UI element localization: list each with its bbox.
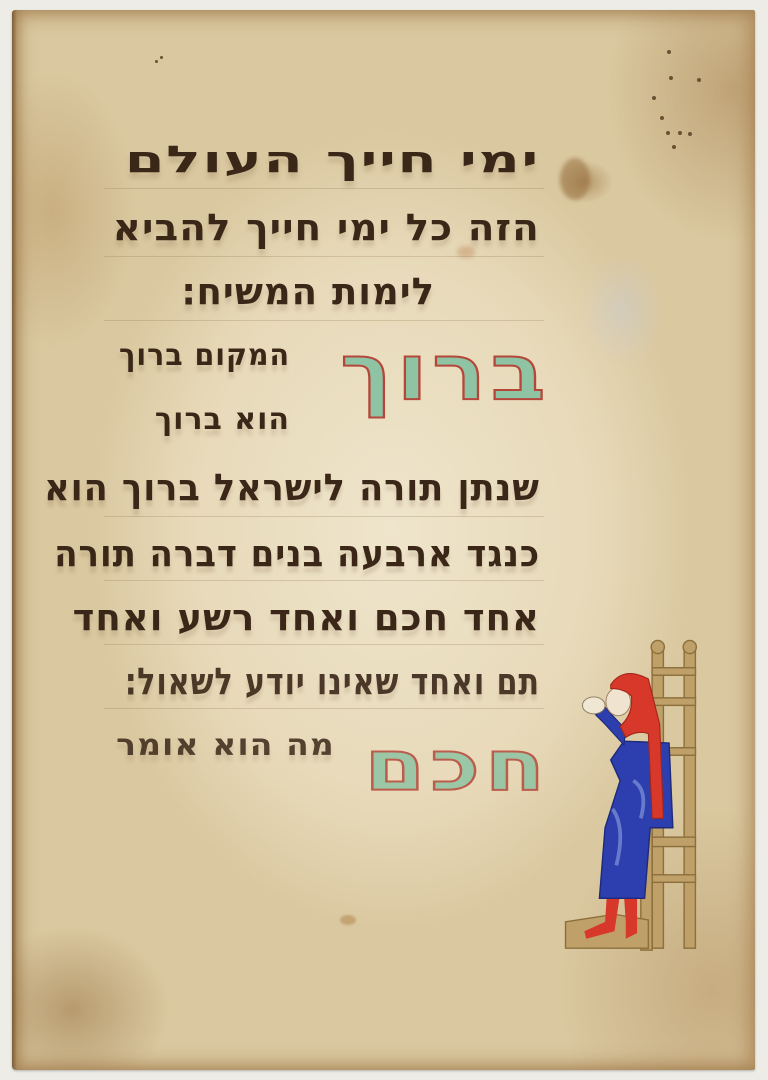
text-line-8: אחד חכם ואחד רשע ואחד [73, 596, 540, 640]
ruling-line [104, 256, 544, 257]
text-line-4: המקום ברוך [119, 334, 290, 378]
ruling-line [104, 516, 544, 517]
ruling-line [104, 580, 544, 581]
text-line-5: הוא ברוך [155, 398, 290, 442]
illuminated-word-baruch: ברוך [306, 328, 550, 418]
ruling-line [104, 644, 544, 645]
text-line-9: תם ואחד שאינו יודע לשאול׃ [125, 660, 540, 704]
page-background: ימי חייך העולם הזה כל ימי חייך להביא לימ… [0, 0, 768, 1080]
text-line-6: שנתן תורה לישראל ברוך הוא [44, 466, 540, 510]
stain-small [340, 915, 356, 925]
text-line-7: כנגד ארבעה בנים דברה תורה [54, 532, 540, 576]
seated-figure-illustration [558, 632, 718, 967]
ruling-line [104, 320, 544, 321]
illuminated-word-chacham: חכם [313, 722, 551, 810]
text-line-10: מה הוא אומר [116, 724, 335, 768]
stain-brown-spot [560, 158, 590, 200]
cup-icon [582, 697, 605, 714]
ruling-line [104, 188, 544, 189]
leaf-edge-shadow [12, 10, 17, 1070]
stockings [584, 894, 637, 939]
text-line-3: לימות המשיח׃ [182, 270, 435, 314]
ruling-line [104, 708, 544, 709]
text-line-2: הזה כל ימי חייך להביא [113, 206, 540, 250]
text-line-1: ימי חייך העולם [125, 138, 540, 182]
